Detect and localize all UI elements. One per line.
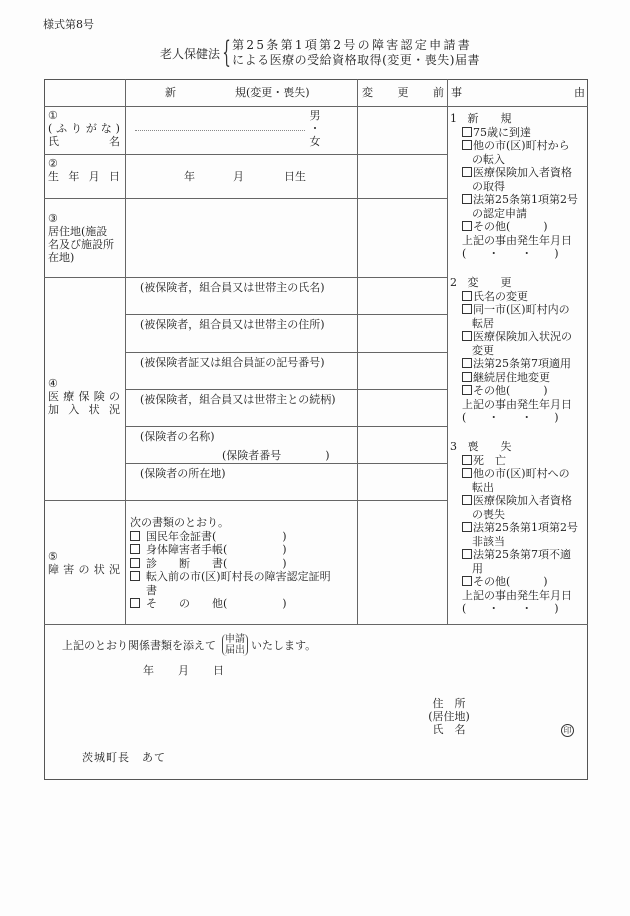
reason-change-insurance[interactable]: 医療保険加入状況の — [450, 330, 588, 344]
insured-address-field[interactable]: (被保険者，組合員又は世帯主の住所) — [140, 318, 325, 331]
checkbox[interactable] — [130, 571, 140, 581]
insurance-label: ④ 医療保険の 加入状況 — [48, 377, 122, 416]
address-label: 住 所 — [424, 697, 474, 710]
reason-new-transfer-in[interactable]: 他の市(区)町村から — [450, 139, 588, 153]
insured-name-field[interactable]: (被保険者，組合員又は世帯主の氏名) — [140, 281, 325, 294]
reason-new-date[interactable]: ( ・ ・ ) — [450, 247, 588, 261]
insurer-address-field[interactable]: (保険者の所在地) — [140, 467, 226, 480]
doc-disability-handbook[interactable]: 身体障害者手帳( ) — [130, 543, 360, 557]
reason-loss: 3 喪 失 死 亡 他の市(区)町村への 転出 医療保険加入者資格 の喪失 法第… — [450, 440, 588, 616]
applicant-name-label: 氏 名 — [424, 723, 474, 736]
checkbox[interactable] — [130, 531, 140, 541]
reason-loss-death[interactable]: 死 亡 — [450, 454, 588, 468]
disability-label: ⑤ 障害の状況 — [48, 550, 122, 576]
submit-year[interactable]: 年 — [143, 664, 154, 677]
reason-loss-other[interactable]: その他( ) — [450, 575, 588, 589]
sex-selector[interactable]: 男 ・ 女 — [308, 109, 322, 148]
residence-input[interactable] — [127, 200, 355, 275]
reason-new-age75[interactable]: 75歳に到達 — [450, 126, 588, 140]
insurer-name-field[interactable]: (保険者の名称) — [140, 430, 215, 443]
row-divider — [44, 277, 447, 278]
form-number: 様式第8号 — [43, 16, 94, 32]
option-notify[interactable]: 届出 — [225, 645, 245, 656]
relationship-field[interactable]: (被保険者，組合員又は世帯主との続柄) — [140, 393, 336, 406]
submit-month[interactable]: 月 — [178, 664, 189, 677]
residence-sub-label: (居住地) — [424, 710, 474, 723]
subrow-divider — [125, 389, 447, 390]
reason-loss-insurance[interactable]: 医療保険加入者資格 — [450, 494, 588, 508]
header-new-left: 新 — [165, 86, 176, 99]
submit-day[interactable]: 日 — [213, 664, 224, 677]
submission-type[interactable]: 申請 届出 — [222, 634, 248, 656]
checkbox[interactable] — [130, 598, 140, 608]
seal-icon: 印 — [561, 724, 574, 737]
reason-change: 2 変 更 氏名の変更 同一市(区)町村内の 転居 医療保険加入状況の 変更 法… — [450, 276, 588, 425]
reason-change-name[interactable]: 氏名の変更 — [450, 290, 588, 304]
name-input[interactable] — [127, 132, 317, 152]
applicant-input[interactable] — [480, 697, 560, 737]
birth-label: ② 生年月日 — [48, 157, 122, 183]
reason-change-move[interactable]: 同一市(区)町村内の — [450, 303, 588, 317]
insurer-number-field[interactable]: (保険者番号 ) — [222, 449, 330, 462]
title-line-2: による医療の受給資格取得(変更・喪失)届書 — [232, 53, 480, 68]
disability-docs: 次の書類のとおり。 国民年金証書( ) 身体障害者手帳( ) 診 断 書( ) … — [130, 516, 360, 611]
addressee: 茨城町長 あて — [82, 751, 166, 764]
birth-day[interactable]: 日生 — [284, 170, 306, 183]
row-divider — [44, 500, 447, 501]
subrow-divider — [125, 426, 447, 427]
form-title: 老人保健法 { 第25条第1項第2号の障害認定申請書 による医療の受給資格取得(… — [160, 38, 480, 68]
sex-female[interactable]: 女 — [308, 135, 322, 148]
row-divider — [44, 198, 447, 199]
reason-new-other[interactable]: その他( ) — [450, 220, 588, 234]
subrow-divider — [125, 352, 447, 353]
brace-icon: { — [222, 38, 231, 68]
birth-month[interactable]: 月 — [233, 170, 244, 183]
header-new-right: 規(変更・喪失) — [235, 86, 310, 99]
birth-year[interactable]: 年 — [184, 170, 195, 183]
applicant-block: 住 所 (居住地) 氏 名 — [424, 697, 474, 736]
reason-loss-art25-7[interactable]: 法第25条第7項不適 — [450, 548, 588, 562]
reason-new: 1 新 規 75歳に到達 他の市(区)町村から の転入 医療保険加入者資格 の取… — [450, 112, 588, 261]
name-label: ① (ふりがな) 氏名 — [48, 109, 122, 148]
title-line-1: 第25条第1項第2号の障害認定申請書 — [232, 38, 480, 53]
insurance-card-number-field[interactable]: (被保険者証又は組合員証の記号番号) — [140, 356, 325, 369]
sex-male[interactable]: 男 — [308, 109, 322, 122]
reason-change-art25-7[interactable]: 法第25条第7項適用 — [450, 357, 588, 371]
table-bottom-divider — [44, 624, 588, 625]
reason-loss-transfer-out[interactable]: 他の市(区)町村への — [450, 467, 588, 481]
option-apply[interactable]: 申請 — [225, 634, 245, 645]
header-reason-right: 由 — [574, 86, 585, 99]
header-before: 変 更 前 — [362, 86, 444, 99]
doc-other[interactable]: そ の 他( ) — [130, 597, 360, 611]
title-law: 老人保健法 — [160, 45, 220, 62]
header-divider — [44, 106, 588, 107]
row-divider — [44, 154, 447, 155]
reason-change-date[interactable]: ( ・ ・ ) — [450, 411, 588, 425]
subrow-divider — [125, 314, 447, 315]
checkbox[interactable] — [130, 558, 140, 568]
furigana-label: (ふりがな) — [48, 122, 120, 135]
doc-previous-municipality-cert[interactable]: 転入前の市(区)町村長の障害認定証明 — [130, 570, 360, 584]
subrow-divider — [125, 463, 447, 464]
doc-pension-certificate[interactable]: 国民年金証書( ) — [130, 530, 360, 544]
reason-change-other[interactable]: その他( ) — [450, 384, 588, 398]
reason-new-acquire[interactable]: 医療保険加入者資格 — [450, 166, 588, 180]
reason-loss-not-applicable[interactable]: 法第25条第1項第2号 — [450, 521, 588, 535]
furigana-input[interactable] — [135, 130, 305, 131]
reason-loss-date[interactable]: ( ・ ・ ) — [450, 602, 588, 616]
reason-new-certification[interactable]: 法第25条第1項第2号 — [450, 193, 588, 207]
doc-medical-certificate[interactable]: 診 断 書( ) — [130, 557, 360, 571]
residence-label: ③ 居住地(施設 名及び施設所 在地) — [48, 212, 122, 264]
header-reason-left: 事 — [451, 86, 462, 99]
submission-statement: 上記のとおり関係書類を添えて 申請 届出 いたします。 — [62, 634, 316, 656]
reason-change-continued-residence[interactable]: 継続居住地変更 — [450, 371, 588, 385]
col-divider-reason — [447, 79, 448, 624]
checkbox[interactable] — [130, 544, 140, 554]
